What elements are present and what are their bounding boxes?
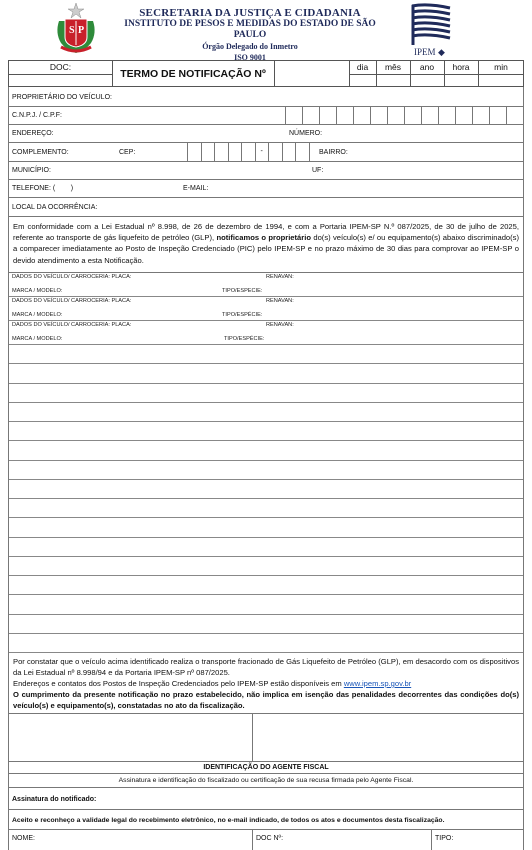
vehicle-model-label: MARCA / MODELO:	[12, 312, 62, 318]
agent-id-title: IDENTIFICAÇÃO DO AGENTE FISCAL	[9, 764, 523, 771]
cnpj-digit-box[interactable]	[353, 107, 371, 124]
cnpj-digit-box[interactable]	[472, 107, 490, 124]
vehicle-row[interactable]: DADOS DO VEÍCULO/ CARROCERIA: PLACA:RENA…	[9, 297, 523, 321]
cep-digit-box[interactable]	[295, 143, 310, 161]
closing-paragraph: Por constatar que o veículo acima identi…	[13, 656, 519, 711]
name-label: NOME:	[12, 835, 35, 842]
observations-area[interactable]	[9, 345, 523, 653]
svg-text:P: P	[78, 25, 84, 36]
vehicle-renavan-label: RENAVAN:	[266, 298, 294, 304]
vehicle-row[interactable]: DADOS DO VEÍCULO/ CARROCERIA: PLACA:RENA…	[9, 321, 523, 345]
observation-line[interactable]	[9, 538, 523, 557]
cep-digit-box[interactable]	[201, 143, 216, 161]
observation-line[interactable]	[9, 480, 523, 499]
cnpj-label: C.N.P.J. / C.P.F:	[12, 112, 62, 119]
observation-line[interactable]	[9, 345, 523, 364]
cep-boxes[interactable]: -	[187, 143, 315, 161]
identity-row: NOME: DOC Nº: TIPO:	[9, 830, 523, 850]
location-label: LOCAL DA OCORRÊNCIA:	[12, 204, 97, 211]
vehicle-data-section: DADOS DO VEÍCULO/ CARROCERIA: PLACA:RENA…	[9, 273, 523, 345]
cnpj-digit-box[interactable]	[302, 107, 320, 124]
phone-row[interactable]: TELEFONE: ( ) E-MAIL:	[9, 180, 523, 198]
address-label: ENDEREÇO:	[12, 130, 54, 137]
electronic-accept-text: Aceito e reconheço a validade legal do r…	[12, 817, 444, 824]
complement-label: COMPLEMENTO:	[12, 149, 69, 156]
observation-line[interactable]	[9, 422, 523, 441]
ipem-label: IPEM	[414, 47, 436, 57]
sp-map-icon: ◆	[438, 47, 445, 58]
intro-paragraph: Em conformidade com a Lei Estadual nº 8.…	[13, 221, 519, 266]
vehicle-type-label: TIPO/ESPÉCIE:	[224, 336, 264, 342]
email-label: E-MAIL:	[183, 185, 208, 192]
observation-line[interactable]	[9, 364, 523, 383]
phone-label: TELEFONE: ( )	[12, 185, 73, 192]
date-col-min: min	[478, 62, 524, 72]
cep-digit-box[interactable]	[214, 143, 229, 161]
owner-label: PROPRIETÁRIO DO VEÍCULO:	[12, 94, 112, 101]
vehicle-plate-label: DADOS DO VEÍCULO/ CARROCERIA: PLACA:	[12, 298, 131, 304]
date-col-hora: hora	[444, 62, 478, 72]
svg-text:S: S	[69, 25, 75, 36]
notification-title: TERMO DE NOTIFICAÇÃO Nº	[112, 68, 274, 80]
cnpj-digit-box[interactable]	[336, 107, 354, 124]
location-row[interactable]: LOCAL DA OCORRÊNCIA:	[9, 198, 523, 217]
cnpj-digit-box[interactable]	[455, 107, 473, 124]
vehicle-plate-label: DADOS DO VEÍCULO/ CARROCERIA: PLACA:	[12, 274, 131, 280]
neighborhood-label: BAIRRO:	[319, 149, 348, 156]
vehicle-type-label: TIPO/ESPÉCIE:	[222, 312, 262, 318]
owner-row[interactable]: PROPRIETÁRIO DO VEÍCULO:	[9, 87, 523, 107]
cnpj-digit-box[interactable]	[319, 107, 337, 124]
vehicle-row[interactable]: DADOS DO VEÍCULO/ CARROCERIA: PLACA:RENA…	[9, 273, 523, 297]
date-col-dia: dia	[349, 62, 376, 72]
closing-text-2: Endereços e contatos dos Postos de Inspe…	[13, 678, 519, 689]
type-label: TIPO:	[435, 835, 453, 842]
cnpj-digit-box[interactable]	[506, 107, 524, 124]
vehicle-model-label: MARCA / MODELO:	[12, 288, 62, 294]
cnpj-row: C.N.P.J. / C.P.F:	[9, 107, 523, 125]
doc-field[interactable]	[9, 75, 112, 87]
observation-line[interactable]	[9, 615, 523, 634]
observation-line[interactable]	[9, 441, 523, 460]
header-line-3: Órgão Delegado do Inmetro	[110, 41, 390, 52]
doc-label: DOC:	[9, 62, 112, 72]
sp-coat-of-arms-icon: S P	[53, 3, 99, 55]
signature-box-left[interactable]	[9, 714, 252, 761]
cnpj-digit-box[interactable]	[489, 107, 507, 124]
header-line-1: SECRETARIA DA JUSTIÇA E CIDADANIA	[110, 8, 390, 19]
sign-note: Assinatura e identificação do fiscalizad…	[9, 777, 523, 784]
signature-boxes-row	[9, 714, 523, 762]
vehicle-model-label: MARCA / MODELO:	[12, 336, 62, 342]
institution-header: SECRETARIA DA JUSTIÇA E CIDADANIA INSTIT…	[110, 8, 390, 63]
signature-box-right[interactable]	[253, 714, 523, 761]
cep-digit-box[interactable]	[268, 143, 283, 161]
observation-line[interactable]	[9, 557, 523, 576]
date-col-ano: ano	[410, 62, 444, 72]
cnpj-digit-box[interactable]	[387, 107, 405, 124]
electronic-accept-row: Aceito e reconheço a validade legal do r…	[9, 810, 523, 830]
cep-dash: -	[255, 143, 270, 161]
cep-digit-box[interactable]	[187, 143, 202, 161]
notification-number-field[interactable]	[275, 61, 349, 87]
notified-signature-row[interactable]: Assinatura do notificado:	[9, 788, 523, 810]
vehicle-renavan-label: RENAVAN:	[266, 322, 294, 328]
closing-text-3: O cumprimento da presente notificação no…	[13, 689, 519, 711]
vehicle-plate-label: DADOS DO VEÍCULO/ CARROCERIA: PLACA:	[12, 322, 131, 328]
observation-line[interactable]	[9, 518, 523, 537]
complement-row: COMPLEMENTO: CEP: - BAIRRO:	[9, 143, 523, 162]
ipem-logo-icon: IPEM ◆	[408, 3, 454, 59]
intro-paragraph-row: Em conformidade com a Lei Estadual nº 8.…	[9, 217, 523, 273]
notified-signature-label: Assinatura do notificado:	[12, 796, 96, 803]
observation-line[interactable]	[9, 595, 523, 614]
observation-line[interactable]	[9, 384, 523, 403]
cep-label: CEP:	[119, 149, 135, 156]
cep-digit-box[interactable]	[282, 143, 297, 161]
vehicle-renavan-label: RENAVAN:	[266, 274, 294, 280]
doc-number-label: DOC Nº:	[256, 835, 283, 842]
header-line-2: INSTITUTO DE PESOS E MEDIDAS DO ESTADO D…	[110, 19, 390, 41]
cep-digit-box[interactable]	[241, 143, 256, 161]
closing-paragraph-row: Por constatar que o veículo acima identi…	[9, 653, 523, 714]
city-label: MUNICÍPIO:	[12, 167, 51, 174]
date-col-mes: mês	[376, 62, 410, 72]
cnpj-boxes[interactable]	[285, 107, 523, 124]
notification-header-table: DOC: TERMO DE NOTIFICAÇÃO Nº dia mês ano…	[8, 60, 524, 87]
cnpj-digit-box[interactable]	[285, 107, 303, 124]
closing-text-1: Por constatar que o veículo acima identi…	[13, 656, 519, 678]
observation-line[interactable]	[9, 403, 523, 422]
cnpj-digit-box[interactable]	[404, 107, 422, 124]
ipem-website-link[interactable]: www.ipem.sp.gov.br	[344, 679, 411, 688]
vehicle-type-label: TIPO/ESPECIE:	[222, 288, 262, 294]
observation-line[interactable]	[9, 634, 523, 653]
city-row[interactable]: MUNICÍPIO: UF:	[9, 162, 523, 180]
observation-line[interactable]	[9, 576, 523, 595]
cep-digit-box[interactable]	[228, 143, 243, 161]
address-row[interactable]: ENDEREÇO: NÚMERO:	[9, 125, 523, 143]
sign-note-row: Assinatura e identificação do fiscalizad…	[9, 774, 523, 788]
number-label: NÚMERO:	[289, 130, 322, 137]
uf-label: UF:	[312, 167, 323, 174]
agent-id-row: IDENTIFICAÇÃO DO AGENTE FISCAL	[9, 762, 523, 774]
cnpj-digit-box[interactable]	[421, 107, 439, 124]
cnpj-digit-box[interactable]	[438, 107, 456, 124]
observation-line[interactable]	[9, 461, 523, 480]
cnpj-digit-box[interactable]	[370, 107, 388, 124]
notification-form: PROPRIETÁRIO DO VEÍCULO: C.N.P.J. / C.P.…	[8, 87, 524, 850]
observation-line[interactable]	[9, 499, 523, 518]
